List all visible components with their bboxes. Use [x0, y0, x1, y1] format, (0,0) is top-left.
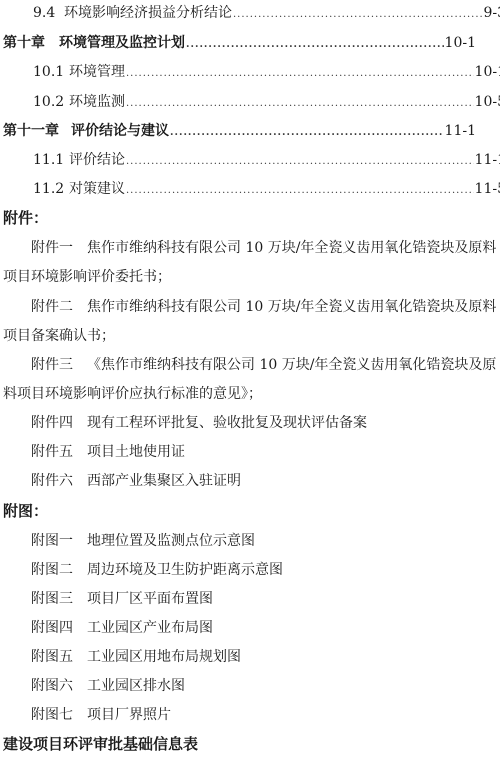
- attachment-text: 焦作市维纳科技有限公司 10 万块/年全瓷义齿用氧化锆瓷块及原料: [87, 299, 496, 315]
- figure-6: 附图六工业园区排水图: [0, 676, 500, 696]
- attachment-label: 附件五: [31, 442, 73, 462]
- toc-number: 11.1: [33, 150, 69, 170]
- toc-page-number: 10-1: [475, 62, 500, 82]
- figure-text: 周边环境及卫生防护距离示意图: [87, 562, 283, 578]
- attachment-text: 现有工程环评批复、验收批复及现状评估备案: [87, 415, 367, 431]
- toc-number: 第十一章: [3, 121, 71, 141]
- toc-title: 环境影响经济损益分析结论: [64, 3, 232, 23]
- toc-entry-11-2[interactable]: 11.2 对策建议 11-5: [0, 179, 500, 199]
- toc-page-number: 9-3: [483, 3, 500, 23]
- attachment-label: 附件六: [31, 471, 73, 491]
- toc-entry-10-1[interactable]: 10.1 环境管理 10-1: [0, 62, 500, 82]
- attachments-heading: 附件：: [3, 208, 500, 228]
- toc-entry-chapter-11[interactable]: 第十一章 评价结论与建议 11-1: [0, 121, 500, 141]
- figure-text: 地理位置及监测点位示意图: [87, 533, 255, 549]
- toc-page-number: 10-5: [475, 92, 500, 112]
- toc-title: 对策建议: [69, 179, 125, 199]
- toc-title: 环境监测: [69, 92, 125, 112]
- figure-text: 工业园区产业布局图: [87, 620, 213, 636]
- figure-3: 附图三项目厂区平面布置图: [0, 589, 500, 609]
- attachment-3: 附件三《焦作市维纳科技有限公司 10 万块/年全瓷义齿用氧化锆瓷块及原: [0, 355, 500, 375]
- attachment-label: 附件二: [31, 297, 73, 317]
- attachment-1: 附件一焦作市维纳科技有限公司 10 万块/年全瓷义齿用氧化锆瓷块及原料: [0, 238, 500, 258]
- attachment-2-continuation: 项目备案确认书；: [0, 326, 500, 346]
- toc-leader-dots: [126, 152, 474, 172]
- toc-page-number: 10-1: [445, 33, 500, 53]
- toc-entry-9-4[interactable]: 9.4 环境影响经济损益分析结论 9-3: [0, 3, 500, 23]
- figure-4: 附图四工业园区产业布局图: [0, 618, 500, 638]
- toc-number: 10.2: [33, 92, 69, 112]
- toc-leader-dots: [126, 181, 474, 201]
- toc-leader-dots: [186, 35, 444, 55]
- attachment-1-continuation: 项目环境影响评价委托书；: [0, 267, 500, 287]
- toc-leader-dots: [233, 5, 482, 25]
- figure-7: 附图七项目厂界照片: [0, 705, 500, 725]
- toc-title: 评价结论: [69, 150, 125, 170]
- toc-entry-10-2[interactable]: 10.2 环境监测 10-5: [0, 92, 500, 112]
- figure-5: 附图五工业园区用地布局规划图: [0, 647, 500, 667]
- attachment-text: 《焦作市维纳科技有限公司 10 万块/年全瓷义齿用氧化锆瓷块及原: [87, 357, 496, 373]
- toc-page-number: 11-1: [445, 121, 500, 141]
- toc-number: 11.2: [33, 179, 69, 199]
- figure-label: 附图五: [31, 647, 73, 667]
- figure-text: 项目厂区平面布置图: [87, 591, 213, 607]
- toc-number: 10.1: [33, 62, 69, 82]
- figure-label: 附图七: [31, 705, 73, 725]
- attachment-label: 附件四: [31, 413, 73, 433]
- toc-entry-chapter-10[interactable]: 第十章 环境管理及监控计划 10-1: [0, 33, 500, 53]
- attachment-6: 附件六西部产业集聚区入驻证明: [0, 471, 500, 491]
- figure-label: 附图二: [31, 560, 73, 580]
- attachment-4: 附件四现有工程环评批复、验收批复及现状评估备案: [0, 413, 500, 433]
- toc-title: 环境管理: [69, 62, 125, 82]
- figure-label: 附图一: [31, 531, 73, 551]
- toc-number: 9.4: [33, 3, 64, 23]
- toc-page-number: 11-5: [475, 179, 500, 199]
- toc-page-number: 11-1: [475, 150, 500, 170]
- figure-2: 附图二周边环境及卫生防护距离示意图: [0, 560, 500, 580]
- figure-label: 附图三: [31, 589, 73, 609]
- figure-1: 附图一地理位置及监测点位示意图: [0, 531, 500, 551]
- toc-leader-dots: [126, 64, 474, 84]
- attachment-text: 焦作市维纳科技有限公司 10 万块/年全瓷义齿用氧化锆瓷块及原料: [87, 240, 496, 256]
- toc-entry-11-1[interactable]: 11.1 评价结论 11-1: [0, 150, 500, 170]
- attachment-label: 附件一: [31, 238, 73, 258]
- toc-title: 评价结论与建议: [71, 121, 169, 141]
- attachment-label: 附件三: [31, 355, 73, 375]
- figure-text: 工业园区用地布局规划图: [87, 649, 241, 665]
- attachment-text: 项目土地使用证: [87, 444, 185, 460]
- toc-leader-dots: [170, 123, 444, 143]
- figures-heading: 附图：: [3, 501, 500, 521]
- attachment-3-continuation: 料项目环境影响评价应执行标准的意见》；: [0, 384, 500, 404]
- toc-title: 环境管理及监控计划: [59, 33, 185, 53]
- basic-info-table-heading: 建设项目环评审批基础信息表: [3, 734, 500, 754]
- toc-leader-dots: [126, 94, 474, 114]
- figure-label: 附图四: [31, 618, 73, 638]
- figure-text: 工业园区排水图: [87, 678, 185, 694]
- attachment-text: 西部产业集聚区入驻证明: [87, 473, 241, 489]
- attachment-2: 附件二焦作市维纳科技有限公司 10 万块/年全瓷义齿用氧化锆瓷块及原料: [0, 297, 500, 317]
- toc-number: 第十章: [3, 33, 59, 53]
- figure-text: 项目厂界照片: [87, 707, 171, 723]
- figure-label: 附图六: [31, 676, 73, 696]
- attachment-5: 附件五项目土地使用证: [0, 442, 500, 462]
